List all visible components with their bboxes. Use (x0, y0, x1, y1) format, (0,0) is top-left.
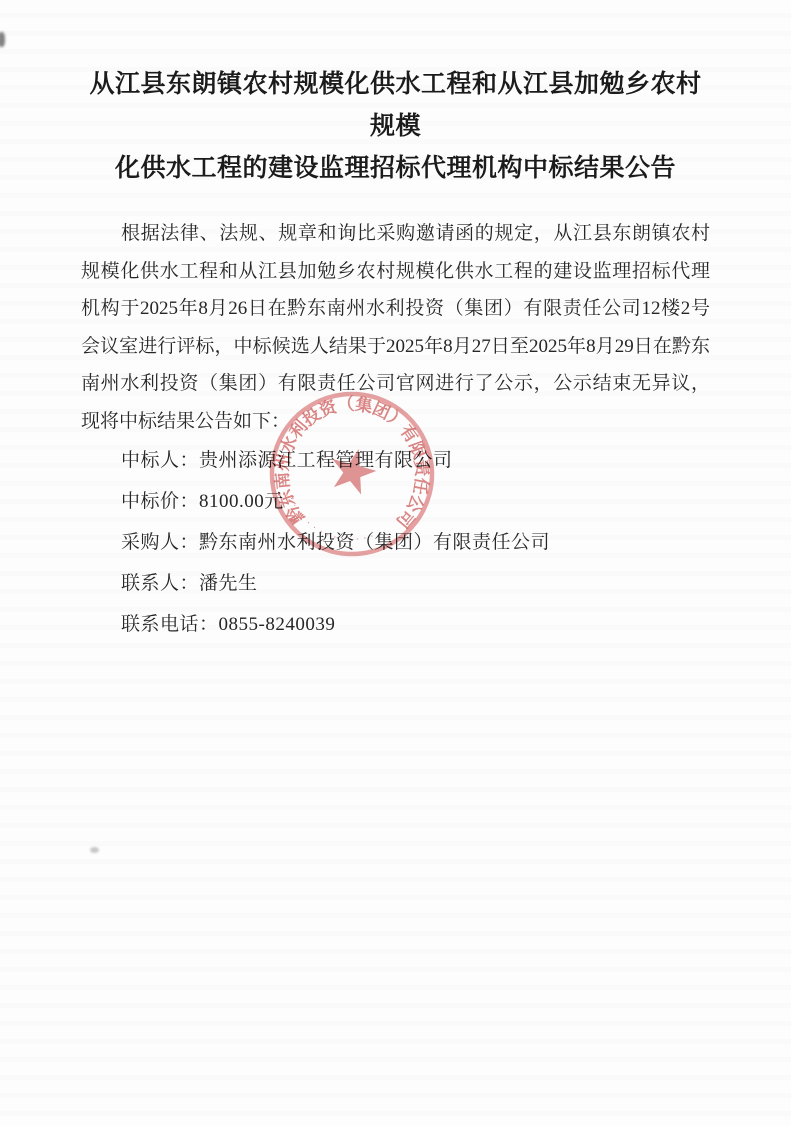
detail-label: 中标人： (121, 450, 199, 471)
detail-row-phone: 联系电话：0855-8240039 (81, 604, 710, 645)
detail-label: 采购人： (121, 532, 199, 553)
body-line: 机构于2025年8月26日在黔东南州水利投资（集团）有限责任公司12楼2号 (81, 290, 710, 328)
detail-label: 中标价： (121, 491, 199, 512)
body-line: 根据法律、法规、规章和询比采购邀请函的规定，从江县东朗镇农村 (81, 215, 710, 253)
title-line-2: 化供水工程的建设监理招标代理机构中标结果公告 (81, 148, 710, 190)
title-line-1: 从江县东朗镇农村规模化供水工程和从江县加勉乡农村规模 (81, 64, 710, 148)
detail-value: 黔东南州水利投资（集团）有限责任公司 (199, 532, 550, 553)
page-title: 从江县东朗镇农村规模化供水工程和从江县加勉乡农村规模 化供水工程的建设监理招标代… (81, 64, 710, 190)
detail-value: 8100.00元 (199, 491, 284, 512)
body-paragraph: 根据法律、法规、规章和询比采购邀请函的规定，从江县东朗镇农村 规模化供水工程和从… (81, 215, 710, 440)
detail-row-contact: 联系人：潘先生 (81, 563, 710, 604)
scan-edge-smudge (0, 32, 5, 47)
detail-row-winner: 中标人：贵州添源江工程管理有限公司 (81, 440, 710, 481)
detail-row-purchaser: 采购人：黔东南州水利投资（集团）有限责任公司 (81, 522, 710, 563)
detail-value: 贵州添源江工程管理有限公司 (199, 450, 453, 471)
body-line: 南州水利投资（集团）有限责任公司官网进行了公示，公示结束无异议， (81, 365, 710, 403)
result-details: 中标人：贵州添源江工程管理有限公司 中标价：8100.00元 采购人：黔东南州水… (81, 440, 710, 645)
body-line: 现将中标结果公告如下： (81, 403, 710, 441)
detail-label: 联系人： (121, 573, 199, 594)
announcement-page: 从江县东朗镇农村规模化供水工程和从江县加勉乡农村规模 化供水工程的建设监理招标代… (0, 0, 791, 1126)
detail-label: 联系电话： (121, 614, 219, 635)
detail-row-price: 中标价：8100.00元 (81, 481, 710, 522)
body-line: 会议室进行评标，中标候选人结果于2025年8月27日至2025年8月29日在黔东 (81, 328, 710, 366)
detail-value: 0855-8240039 (219, 614, 336, 635)
scan-speck (90, 847, 99, 853)
body-line: 规模化供水工程和从江县加勉乡农村规模化供水工程的建设监理招标代理 (81, 253, 710, 291)
detail-value: 潘先生 (199, 573, 258, 594)
document-content: 从江县东朗镇农村规模化供水工程和从江县加勉乡农村规模 化供水工程的建设监理招标代… (81, 0, 710, 645)
